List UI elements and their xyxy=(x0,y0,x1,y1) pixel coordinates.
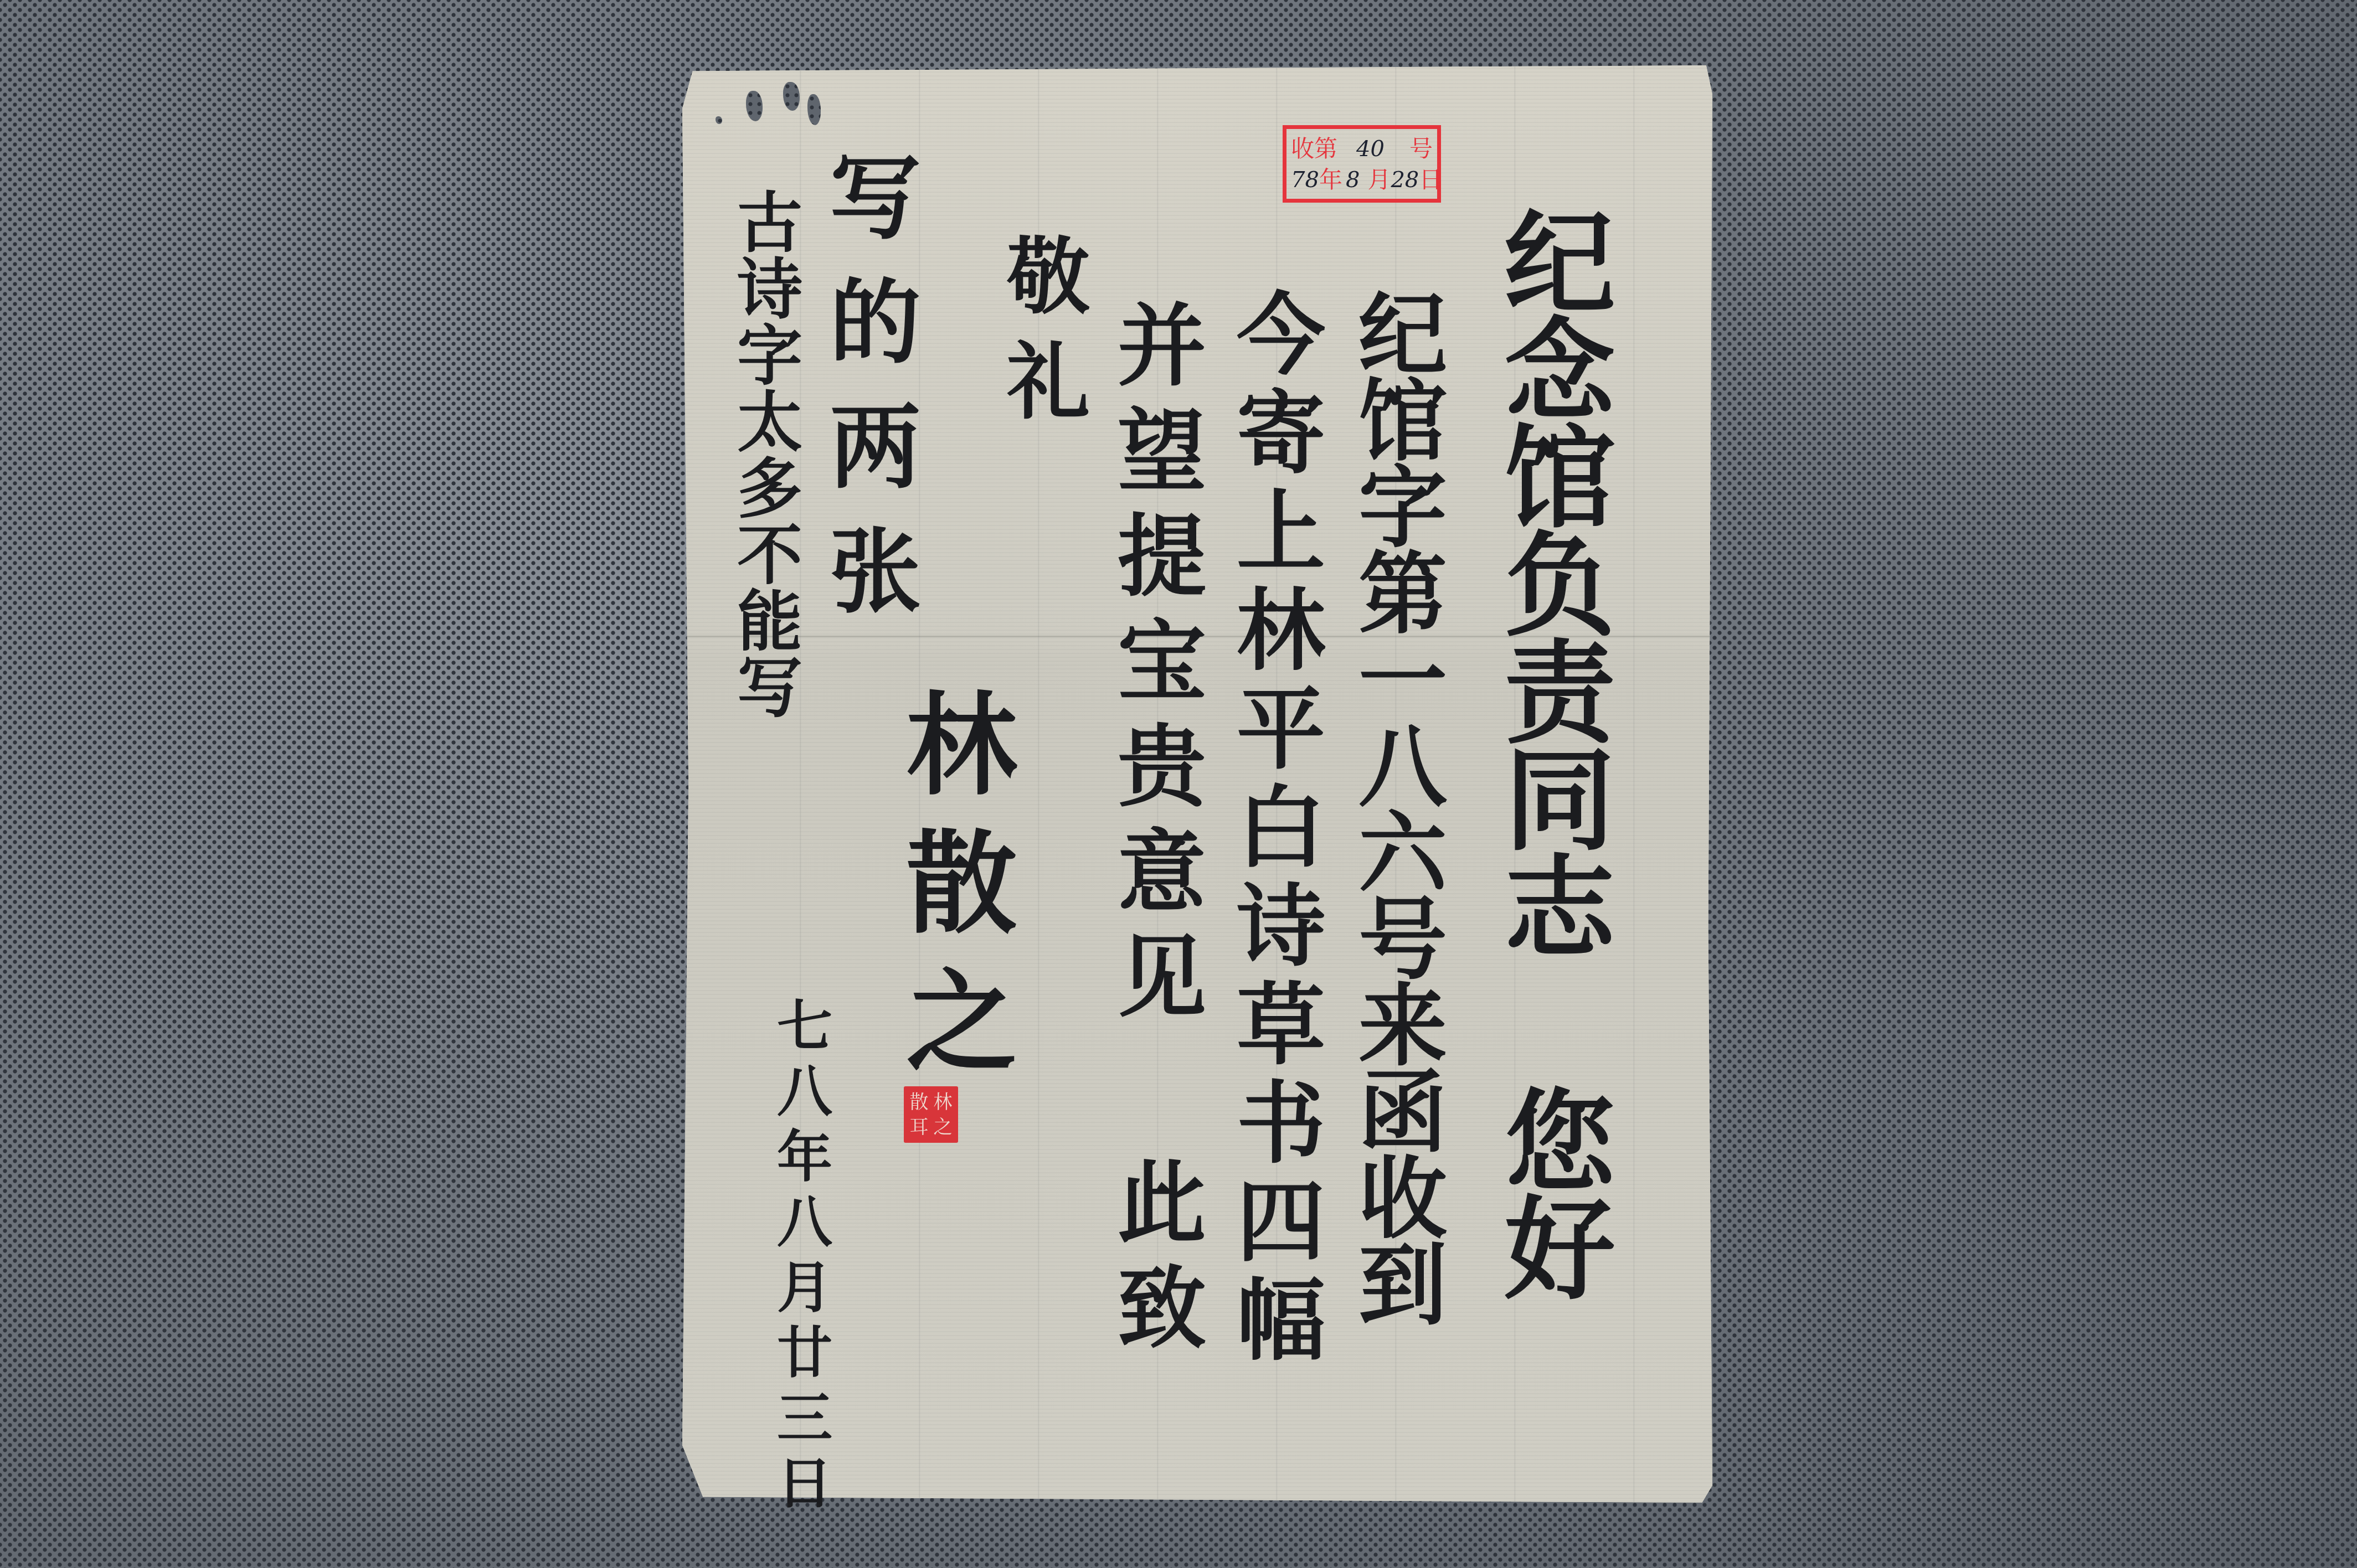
signature: 林散之 xyxy=(892,687,1013,1102)
column-closing: 敬礼 xyxy=(994,233,1088,443)
seal-char: 林 xyxy=(931,1093,955,1112)
stamp-label-month: 月 xyxy=(1367,168,1391,192)
stamp-day: 28 xyxy=(1391,169,1419,191)
red-seal: 散 林 耳 之 xyxy=(904,1086,958,1143)
stamp-row-date: 78 年 8 月 28 日 xyxy=(1291,164,1433,195)
column-body-3: 并望提宝贵意见 此致 xyxy=(1105,299,1205,1366)
photo-background: 收第 40 号 78 年 8 月 28 日 纪念馆负责同志 您好 纪馆字第一八六… xyxy=(0,0,2357,1568)
paper-hole xyxy=(807,94,821,125)
date: 七八年八月廿三日 xyxy=(767,997,833,1519)
paper-hole xyxy=(716,116,722,124)
stamp-label-no: 号 xyxy=(1409,137,1433,161)
stamp-label-day: 日 xyxy=(1419,168,1442,192)
stamp-row-number: 收第 40 号 xyxy=(1291,133,1433,164)
stamp-label-received: 收第 xyxy=(1291,137,1337,161)
paper-hole xyxy=(783,82,800,111)
column-body-1: 纪馆字第一八六号来函收到 xyxy=(1346,288,1445,1324)
seal-char: 散 xyxy=(907,1093,931,1112)
seal-char: 之 xyxy=(931,1118,955,1137)
stamp-year: 78 xyxy=(1291,169,1319,191)
stamp-month: 8 xyxy=(1346,169,1360,191)
column-body-2: 今寄上林平白诗草书四幅 xyxy=(1224,288,1324,1372)
stamp-number: 40 xyxy=(1356,138,1385,160)
column-note-2: 古诗字太多不能写 xyxy=(725,188,803,720)
receipt-stamp: 收第 40 号 78 年 8 月 28 日 xyxy=(1283,125,1441,203)
column-salutation: 纪念馆负责同志 您好 xyxy=(1490,205,1612,1298)
seal-char: 耳 xyxy=(907,1118,931,1137)
paper-hole xyxy=(746,91,763,121)
column-note-1: 写的两张 xyxy=(817,149,919,648)
stamp-label-year: 年 xyxy=(1319,168,1342,192)
